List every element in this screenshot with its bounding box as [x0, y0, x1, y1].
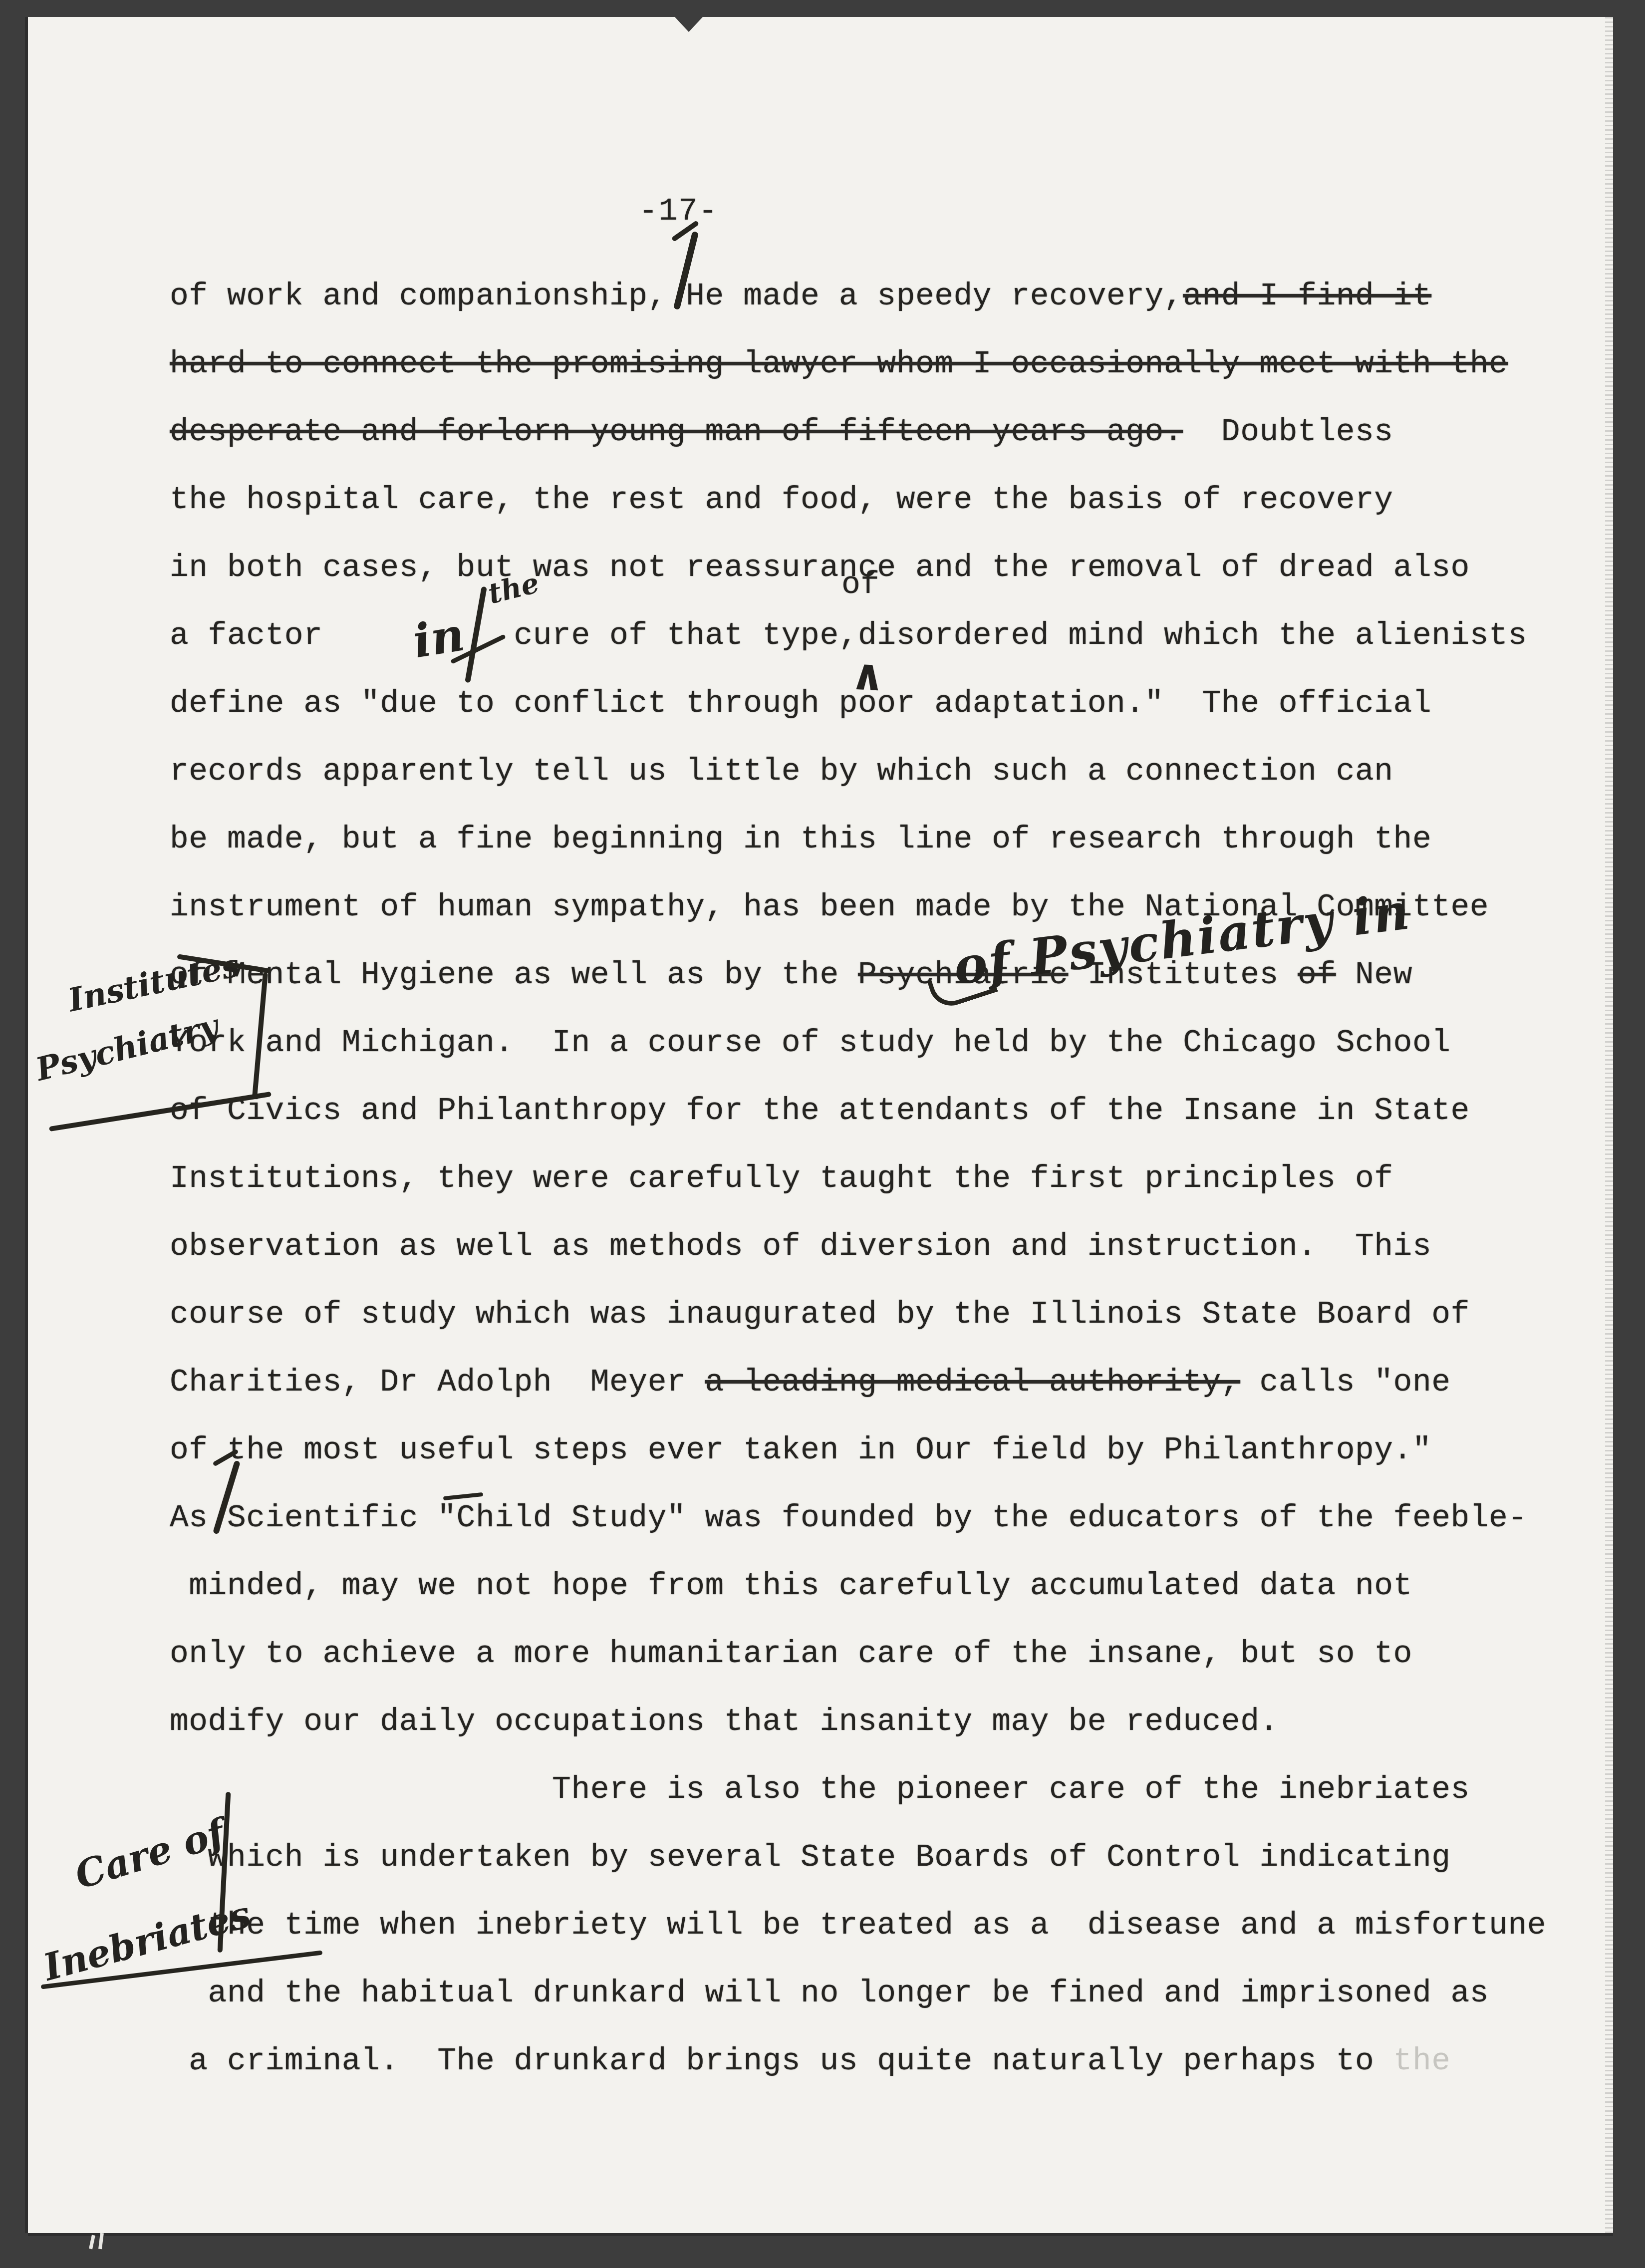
typed-line: the time when inebriety will be treated …	[170, 1892, 1546, 1960]
typed-line: hard to connect the promising lawyer who…	[170, 330, 1546, 398]
typed-text: calls "one	[1240, 1365, 1450, 1400]
scan-artifact-tick	[89, 2235, 95, 2250]
typed-line: modify our daily occupations that insani…	[170, 1688, 1546, 1756]
typed-line: As Scientific "Child Study" was founded …	[170, 1484, 1546, 1552]
typed-text: Charities, Dr Adolph Meyer	[170, 1365, 705, 1400]
typed-line: of work and companionship, He made a spe…	[170, 263, 1546, 330]
typed-text: the time when inebriety will be treated …	[170, 1908, 1546, 1943]
typed-text: define as "due to conflict through poor …	[170, 686, 1431, 721]
scan-artifact-tick	[98, 2233, 104, 2250]
typed-text: a factor cure of that type,disordered mi…	[170, 618, 1527, 653]
struck-text: desperate and forlorn young man of fifte…	[170, 414, 1183, 450]
typed-line: York and Michigan. In a course of study …	[170, 1009, 1546, 1077]
struck-text: a leading medical authority,	[705, 1365, 1241, 1400]
typed-insertion-of: of	[841, 567, 880, 602]
typed-line: records apparently tell us little by whi…	[170, 738, 1546, 806]
typed-line: course of study which was inaugurated by…	[170, 1281, 1546, 1349]
typed-text: records apparently tell us little by whi…	[170, 754, 1393, 789]
typed-text: As Scientific "Child Study" was founded …	[170, 1500, 1527, 1536]
typed-line: of Civics and Philanthropy for the atten…	[170, 1077, 1546, 1145]
typed-text: and the habitual drunkard will no longer…	[170, 1976, 1489, 2011]
page-number: -17-	[639, 194, 718, 229]
typed-text: observation as well as methods of divers…	[170, 1229, 1431, 1264]
manuscript-page: -17- of work and companionship, He made …	[28, 17, 1613, 2233]
typed-text: course of study which was inaugurated by…	[170, 1297, 1470, 1332]
typed-line: minded, may we not hope from this carefu…	[170, 1552, 1546, 1620]
caret-mark: ∧	[849, 649, 886, 701]
struck-text: hard to connect the promising lawyer who…	[170, 346, 1508, 382]
typed-line: desperate and forlorn young man of fifte…	[170, 398, 1546, 466]
typed-text: only to achieve a more humanitarian care…	[170, 1636, 1412, 1672]
typed-text: There is also the pioneer care of the in…	[170, 1772, 1470, 1807]
typed-text: which is undertaken by several State Boa…	[170, 1840, 1451, 1875]
typed-text: be made, but a fine beginning in this li…	[170, 822, 1431, 857]
typed-text: New	[1336, 957, 1412, 993]
typed-line: and the habitual drunkard will no longer…	[170, 1960, 1546, 2027]
typed-line: of the most useful steps ever taken in O…	[170, 1417, 1546, 1484]
struck-text: and I find it	[1183, 279, 1431, 314]
typed-line: a criminal. The drunkard brings us quite…	[170, 2027, 1546, 2095]
struck-text: of	[1298, 957, 1336, 993]
typed-line: the hospital care, the rest and food, we…	[170, 466, 1546, 534]
typed-text: modify our daily occupations that insani…	[170, 1704, 1279, 1739]
typed-text: of Mental Hygiene as well as by the	[170, 957, 858, 993]
typed-text: the	[1393, 2043, 1451, 2079]
typed-text: of Civics and Philanthropy for the atten…	[170, 1093, 1470, 1129]
typed-text-block: of work and companionship, He made a spe…	[170, 263, 1546, 2095]
typed-line: Institutions, they were carefully taught…	[170, 1145, 1546, 1213]
typed-line: observation as well as methods of divers…	[170, 1213, 1546, 1281]
typed-text: a criminal. The drunkard brings us quite…	[170, 2043, 1393, 2079]
typed-line: be made, but a fine beginning in this li…	[170, 806, 1546, 873]
typed-text: of the most useful steps ever taken in O…	[170, 1432, 1431, 1468]
typed-text: the hospital care, the rest and food, we…	[170, 482, 1393, 518]
scan-notch-mark	[675, 17, 703, 32]
typed-text: in both cases, but was not reassurance a…	[170, 550, 1470, 585]
typed-text: York and Michigan. In a course of study …	[170, 1025, 1451, 1061]
typed-line: There is also the pioneer care of the in…	[170, 1756, 1546, 1824]
typed-text: Doubtless	[1183, 414, 1393, 450]
typed-text: Institutions, they were carefully taught…	[170, 1161, 1393, 1196]
typed-line: which is undertaken by several State Boa…	[170, 1824, 1546, 1892]
typed-line: Charities, Dr Adolph Meyer a leading med…	[170, 1349, 1546, 1417]
typed-text: minded, may we not hope from this carefu…	[170, 1568, 1412, 1604]
typed-line: only to achieve a more humanitarian care…	[170, 1620, 1546, 1688]
scanned-manuscript-photo: -17- of work and companionship, He made …	[0, 0, 1645, 2268]
typed-line: of Mental Hygiene as well as by the Psyc…	[170, 941, 1546, 1009]
